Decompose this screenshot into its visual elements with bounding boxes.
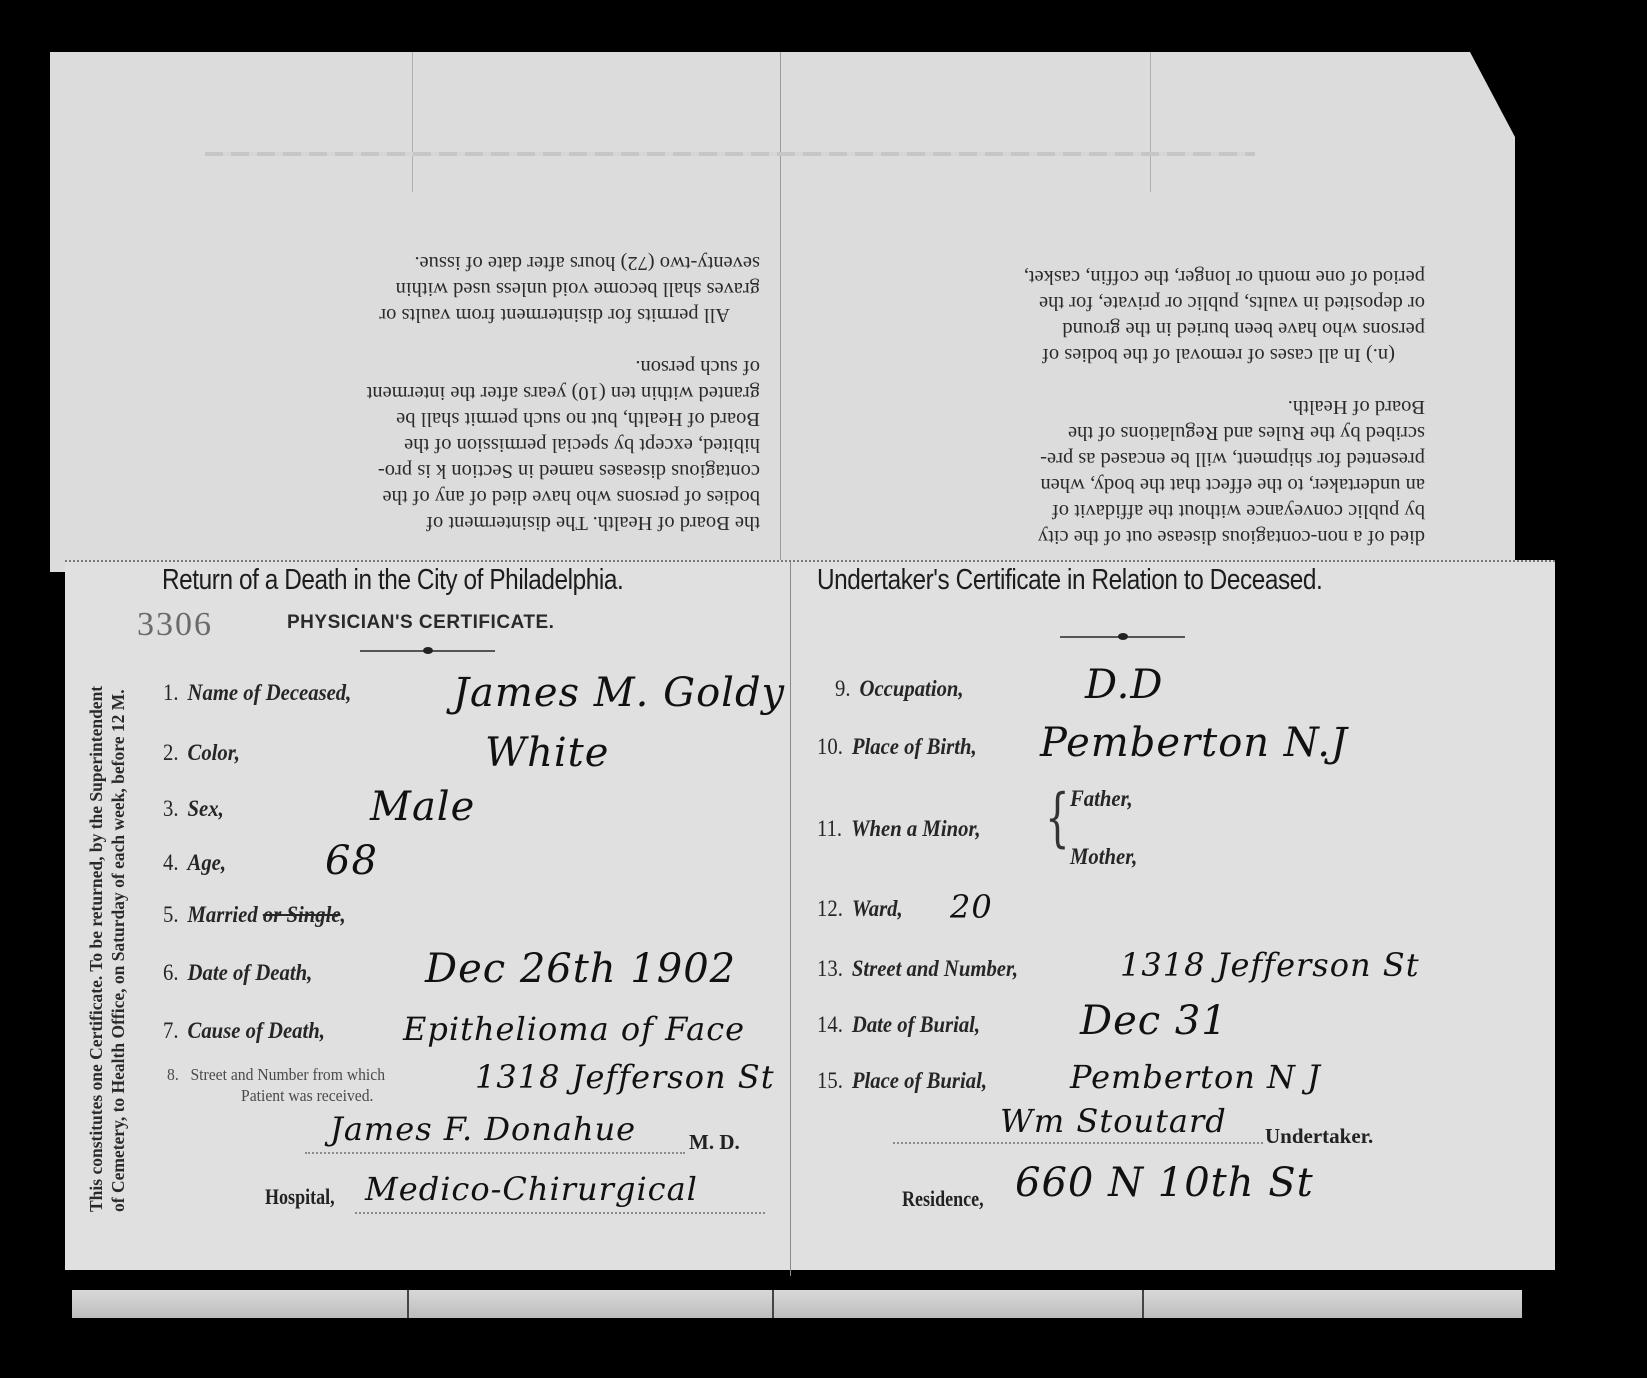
minor-mother-label: Mother, (1070, 844, 1137, 870)
reverse-line: scribed by the Rules and Regulations of … (870, 420, 1425, 446)
field-ward-label: 12.Ward, (817, 896, 903, 922)
field-ward-value[interactable]: 20 (950, 888, 993, 926)
fold-line (780, 52, 781, 572)
field-cause-of-death-value[interactable]: Epithelioma of Face (403, 1010, 745, 1048)
field-date-of-death-label: 6.Date of Death, (163, 960, 312, 986)
side-note-line-2: of Cemetery, to Health Office, on Saturd… (107, 547, 129, 1212)
reverse-line: hibited, except by special permission of… (205, 432, 760, 458)
reverse-line: by public conveyance without the affidav… (870, 498, 1425, 524)
field-age-value[interactable]: 68 (325, 838, 378, 884)
residence-value[interactable]: 660 N 10th St (1015, 1160, 1314, 1206)
field-street-and-number-label: 13.Street and Number, (817, 956, 1018, 982)
reverse-text-right: died of a non-contagious disease out of … (870, 264, 1425, 550)
reverse-line: or deposited in vaults, public or privat… (870, 290, 1425, 316)
card-bottom-edge (72, 1290, 1522, 1318)
reverse-text-left: the Board of Health. The disinterment of… (205, 250, 760, 536)
md-suffix: M. D. (689, 1130, 740, 1155)
field-date-of-burial-value[interactable]: Dec 31 (1080, 998, 1228, 1044)
field-name-of-deceased-label: 1.Name of Deceased, (163, 680, 351, 706)
reverse-line: persons who have been buried in the grou… (870, 316, 1425, 342)
field-occupation-value[interactable]: D.D (1085, 662, 1163, 708)
brace-glyph: { (1045, 786, 1069, 850)
field-date-of-burial-label: 14.Date of Burial, (817, 1012, 980, 1038)
signature-line (893, 1142, 1263, 1144)
reverse-line: an undertaker, to the effect that the bo… (870, 472, 1425, 498)
reverse-line: presented for shipment, will be encased … (870, 446, 1425, 472)
field-occupation-label: 9.Occupation, (835, 676, 964, 702)
reverse-line: granted within ten (10) years after the … (205, 380, 760, 406)
field-street-from-label: 8. Street and Number from which (167, 1064, 385, 1085)
reverse-line: of such person. (205, 354, 760, 380)
field-color-value[interactable]: White (485, 730, 609, 776)
reverse-side-sheet: the Board of Health. The disinterment of… (50, 52, 1515, 572)
field-when-a-minor-label: 11.When a Minor, (817, 816, 981, 842)
field-color-label: 2.Color, (163, 740, 240, 766)
field-place-of-birth-value[interactable]: Pemberton N.J (1040, 720, 1348, 766)
field-place-of-burial-label: 15.Place of Burial, (817, 1068, 987, 1094)
side-note-text: This constitutes one Certificate. To be … (85, 547, 129, 1212)
physician-certificate-subtitle: PHYSICIAN'S CERTIFICATE. (287, 612, 554, 634)
field-name-of-deceased-value[interactable]: James M. Goldy (453, 670, 785, 716)
side-note-line-1: This constitutes one Certificate. To be … (85, 547, 107, 1212)
reverse-line: Board of Health. (870, 394, 1425, 420)
field-married-or-single-label: 5.Married or Single, (163, 902, 346, 928)
faint-printed-line (205, 152, 1255, 156)
reverse-line: the Board of Health. The disinterment of (205, 510, 760, 536)
column-divider (790, 562, 791, 1276)
field-street-and-number-value[interactable]: 1318 Jefferson St (1120, 946, 1420, 984)
reverse-line: died of a non-contagious disease out of … (870, 524, 1425, 550)
certificate-number: 3306 (137, 606, 213, 644)
reverse-line: (n.) In all cases of removal of the bodi… (870, 342, 1425, 368)
reverse-line: graves shall become void unless used wit… (205, 276, 760, 302)
undertaker-section-title: Undertaker's Certificate in Relation to … (817, 564, 1322, 597)
minor-father-label: Father, (1070, 786, 1133, 812)
hospital-value[interactable]: Medico-Chirurgical (365, 1170, 698, 1208)
undertaker-suffix: Undertaker. (1265, 1124, 1373, 1149)
field-place-of-burial-value[interactable]: Pemberton N J (1070, 1058, 1321, 1096)
field-place-of-birth-label: 10.Place of Birth, (817, 734, 977, 760)
reverse-line: All permits for disinterment from vaults… (205, 302, 760, 328)
reverse-line: seventy-two (72) hours after date of iss… (205, 250, 760, 276)
death-certificate-form: This constitutes one Certificate. To be … (65, 560, 1555, 1270)
fold-crease (1142, 1290, 1144, 1318)
reverse-line: bodies of persons who have died of any o… (205, 484, 760, 510)
hospital-label: Hospital, (265, 1184, 335, 1210)
fold-line (1150, 52, 1151, 192)
field-sex-label: 3.Sex, (163, 796, 224, 822)
physician-section-title: Return of a Death in the City of Philade… (162, 564, 623, 597)
reverse-line: contagious diseases named in Section k i… (205, 458, 760, 484)
residence-label: Residence, (902, 1186, 984, 1212)
ornament-divider (360, 650, 495, 652)
field-sex-value[interactable]: Male (370, 784, 475, 830)
field-cause-of-death-label: 7.Cause of Death, (163, 1018, 325, 1044)
physician-signature[interactable]: James F. Donahue (330, 1110, 636, 1148)
reverse-line: Board of Health, but no such permit shal… (205, 406, 760, 432)
fold-crease (407, 1290, 409, 1318)
reverse-line: period of one month or longer, the coffi… (870, 264, 1425, 290)
field-date-of-death-value[interactable]: Dec 26th 1902 (425, 946, 736, 992)
field-age-label: 4.Age, (163, 850, 226, 876)
undertaker-signature[interactable]: Wm Stoutard (1000, 1102, 1227, 1140)
fold-crease (772, 1290, 774, 1318)
field-street-from-value[interactable]: 1318 Jefferson St (475, 1058, 775, 1096)
hospital-line (355, 1212, 765, 1214)
field-street-from-label-2: Patient was received. (241, 1085, 373, 1106)
struck-out-option: or Single (263, 902, 341, 927)
signature-line (305, 1152, 685, 1154)
fold-line (412, 52, 413, 192)
ornament-divider (1060, 636, 1185, 638)
